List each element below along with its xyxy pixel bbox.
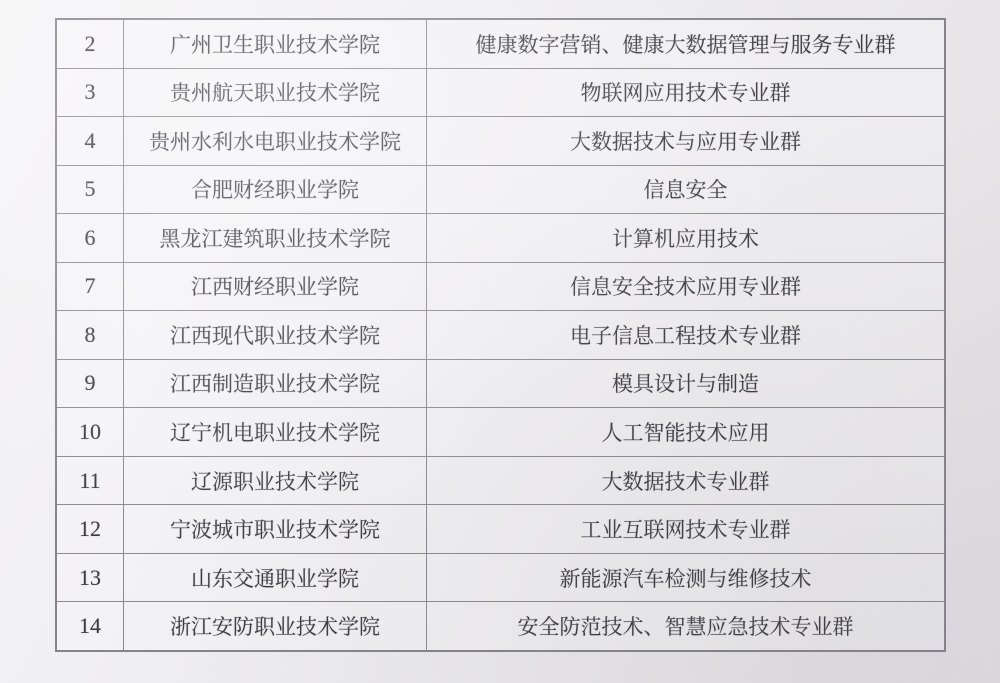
college-name: 江西制造职业技术学院: [123, 360, 427, 408]
college-name: 辽源职业技术学院: [123, 457, 427, 505]
college-name: 浙江安防职业技术学院: [123, 602, 427, 650]
row-number: 8: [57, 311, 123, 359]
colleges-table: 2 广州卫生职业技术学院 健康数字营销、健康大数据管理与服务专业群 3 贵州航天…: [55, 18, 946, 652]
row-number: 9: [57, 360, 123, 408]
program-group-name: 物联网应用技术专业群: [427, 69, 944, 117]
college-name: 山东交通职业学院: [123, 554, 427, 602]
row-number: 2: [57, 20, 123, 68]
program-group-name: 安全防范技术、智慧应急技术专业群: [427, 602, 944, 650]
table-row: 5 合肥财经职业学院 信息安全: [57, 165, 944, 214]
program-group-name: 模具设计与制造: [427, 360, 944, 408]
college-name: 江西现代职业技术学院: [123, 311, 427, 359]
program-group-name: 人工智能技术应用: [427, 408, 944, 456]
college-name: 贵州航天职业技术学院: [123, 69, 427, 117]
college-name: 江西财经职业学院: [123, 263, 427, 311]
document-page: 2 广州卫生职业技术学院 健康数字营销、健康大数据管理与服务专业群 3 贵州航天…: [0, 0, 1000, 683]
table-row: 13 山东交通职业学院 新能源汽车检测与维修技术: [57, 553, 944, 602]
row-number: 11: [57, 457, 123, 505]
program-group-name: 计算机应用技术: [427, 214, 944, 262]
table-row: 10 辽宁机电职业技术学院 人工智能技术应用: [57, 407, 944, 456]
row-number: 14: [57, 602, 123, 650]
table-row: 9 江西制造职业技术学院 模具设计与制造: [57, 359, 944, 408]
program-group-name: 电子信息工程技术专业群: [427, 311, 944, 359]
college-name: 宁波城市职业技术学院: [123, 505, 427, 553]
row-number: 4: [57, 117, 123, 165]
program-group-name: 信息安全: [427, 166, 944, 214]
row-number: 10: [57, 408, 123, 456]
program-group-name: 工业互联网技术专业群: [427, 505, 944, 553]
row-number: 12: [57, 505, 123, 553]
college-name: 广州卫生职业技术学院: [123, 20, 427, 68]
table-row: 2 广州卫生职业技术学院 健康数字营销、健康大数据管理与服务专业群: [57, 20, 944, 68]
program-group-name: 健康数字营销、健康大数据管理与服务专业群: [427, 20, 944, 68]
row-number: 13: [57, 554, 123, 602]
program-group-name: 大数据技术专业群: [427, 457, 944, 505]
college-name: 贵州水利水电职业技术学院: [123, 117, 427, 165]
row-number: 5: [57, 166, 123, 214]
table-row: 6 黑龙江建筑职业技术学院 计算机应用技术: [57, 213, 944, 262]
college-name: 黑龙江建筑职业技术学院: [123, 214, 427, 262]
row-number: 6: [57, 214, 123, 262]
program-group-name: 信息安全技术应用专业群: [427, 263, 944, 311]
row-number: 7: [57, 263, 123, 311]
college-name: 合肥财经职业学院: [123, 166, 427, 214]
table-row: 4 贵州水利水电职业技术学院 大数据技术与应用专业群: [57, 116, 944, 165]
table-row: 7 江西财经职业学院 信息安全技术应用专业群: [57, 262, 944, 311]
program-group-name: 新能源汽车检测与维修技术: [427, 554, 944, 602]
table-row: 12 宁波城市职业技术学院 工业互联网技术专业群: [57, 504, 944, 553]
table-row: 11 辽源职业技术学院 大数据技术专业群: [57, 456, 944, 505]
program-group-name: 大数据技术与应用专业群: [427, 117, 944, 165]
table-row: 8 江西现代职业技术学院 电子信息工程技术专业群: [57, 310, 944, 359]
table-row: 14 浙江安防职业技术学院 安全防范技术、智慧应急技术专业群: [57, 601, 944, 650]
college-name: 辽宁机电职业技术学院: [123, 408, 427, 456]
row-number: 3: [57, 69, 123, 117]
table-row: 3 贵州航天职业技术学院 物联网应用技术专业群: [57, 68, 944, 117]
